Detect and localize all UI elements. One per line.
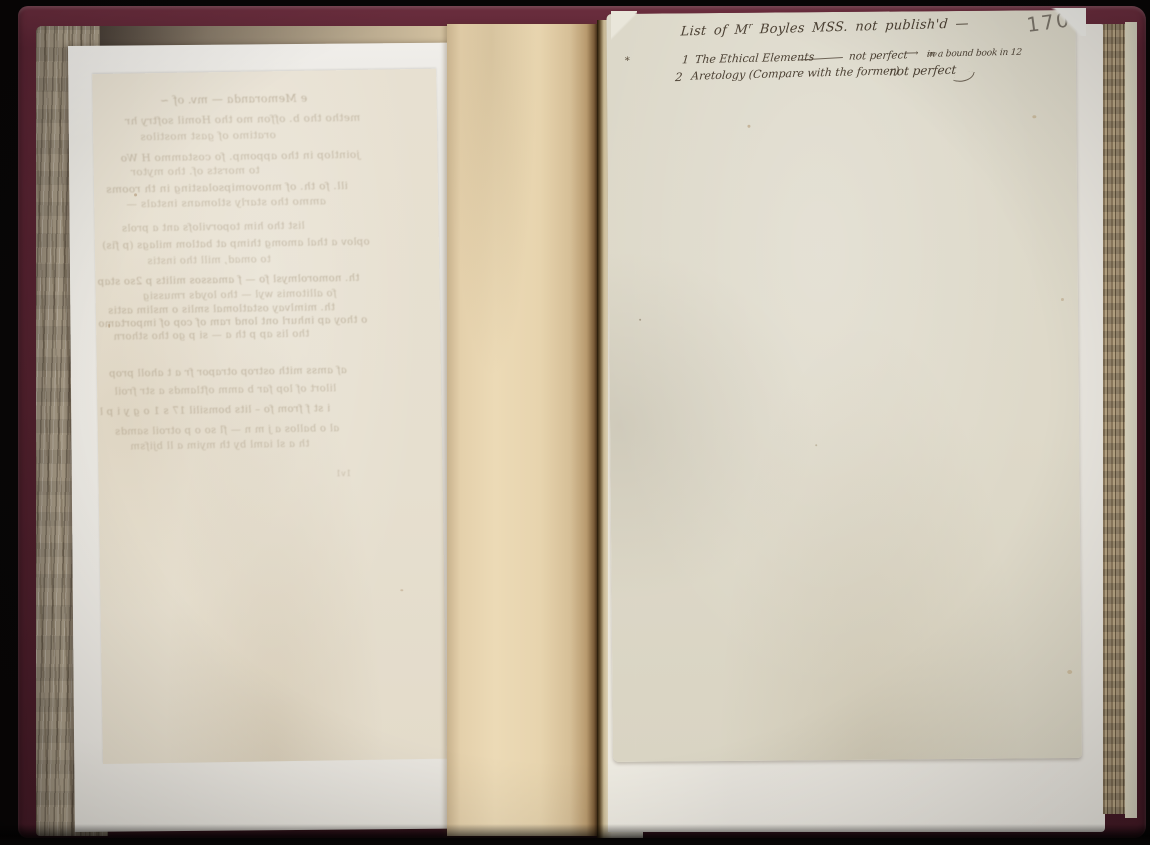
right-endpaper-edge — [1125, 22, 1137, 818]
bleedthrough-line: th. mimlvay ostatlomal smlis o mslim ast… — [107, 302, 335, 317]
entry-note: not perfect — [889, 63, 957, 79]
entry-tail: in a bound book in 12mo — [926, 50, 937, 63]
entry-number: 2 — [675, 70, 683, 84]
guard-strip — [447, 24, 597, 836]
page-heading: List of Mr Boyles MSS. not publish'd — — [680, 15, 969, 39]
entry-tail-text: in a bound book in 12 — [927, 48, 1023, 60]
bottom-shadow — [0, 824, 1150, 845]
bleedthrough-line: metho tho b. offon mo tho Homil softry h… — [124, 112, 361, 128]
right-fore-edge — [1103, 24, 1127, 814]
bleedthrough-line: ammo tho starly stlomans instals — — [126, 195, 327, 210]
entry-note: not perfect — [848, 49, 908, 62]
bleedthrough-line: i st f from fo – lits bomsilil 17 s 1 o … — [99, 403, 331, 418]
bleedthrough-line: th a sl iaml by th myim a ll bjifsm — [129, 439, 310, 453]
foxing-speck — [639, 319, 641, 321]
foxing-speck — [1061, 298, 1064, 301]
bleedthrough-line: fo allitomis wyl — tho loyds rmussig — [142, 288, 337, 302]
left-manuscript-page: e Memoranda — mv. of ~metho tho b. offon… — [92, 69, 447, 764]
foxing-speck — [1032, 115, 1036, 118]
foxing-speck — [400, 589, 403, 591]
bleedthrough-line: to omad, mill tho instis — [147, 254, 272, 267]
foxing-speck — [1067, 670, 1072, 674]
entry-arrow-stroke: ⟶ — [904, 48, 919, 59]
foxing-speck — [815, 444, 817, 446]
heading-text: List of M — [680, 23, 749, 40]
bleedthrough-line: th. nomorolmysl fo — f amassos milits p … — [97, 273, 360, 288]
right-manuscript-page: List of Mr Boyles MSS. not publish'd — *… — [606, 10, 1082, 762]
bleedthrough-line: oratimo of gast mostilos — [140, 129, 277, 143]
entry-title: The Ethical Elements — [694, 50, 814, 66]
bleedthrough-line: to morsts of. tho mytor — [130, 164, 260, 178]
bleedthrough-line: list tho him toporvilofs ant a prols — [121, 221, 305, 235]
bleedthrough-text: e Memoranda — mv. of ~metho tho b. offon… — [92, 69, 447, 764]
bleedthrough-line: e Memoranda — mv. of ~ — [159, 92, 308, 107]
bleedthrough-line: af amss mith ostrop otrapor fr a t aholl… — [108, 365, 347, 380]
bleedthrough-line: oplov a thal amomg thimp at batlom milag… — [101, 237, 370, 252]
bleedthrough-line: al o ballos a j m n — fl so o p otroil s… — [114, 423, 340, 438]
foxing-speck — [134, 193, 137, 196]
foxing-speck — [747, 125, 750, 128]
bleedthrough-line: lilort of lop far b amm oftlamds a str f… — [114, 383, 337, 398]
page-corner-tear — [1044, 8, 1086, 36]
heading-text: Boyles MSS. not publish'd — — [752, 16, 970, 37]
bleedthrough-line: ill. fo th. of mnovomipsolasting in th r… — [105, 180, 348, 196]
entry-flourish-stroke — [953, 69, 974, 84]
bleedthrough-line: 1v1 — [335, 469, 352, 478]
photo-stage: e Memoranda — mv. of ~metho tho b. offon… — [0, 0, 1150, 845]
bleedthrough-line: tho lis ap p th a — si p go tho sthorn — [113, 329, 310, 343]
entry-number: 1 — [681, 53, 689, 66]
bleedthrough-line: jointlop in tho appomp. fo costammo H Wo — [120, 149, 360, 165]
foxing-speck — [108, 324, 110, 328]
bleedthrough-line: o thoy ap inhurl ont lond ram of cop of … — [98, 315, 368, 330]
page-corner-overlay — [611, 11, 637, 41]
